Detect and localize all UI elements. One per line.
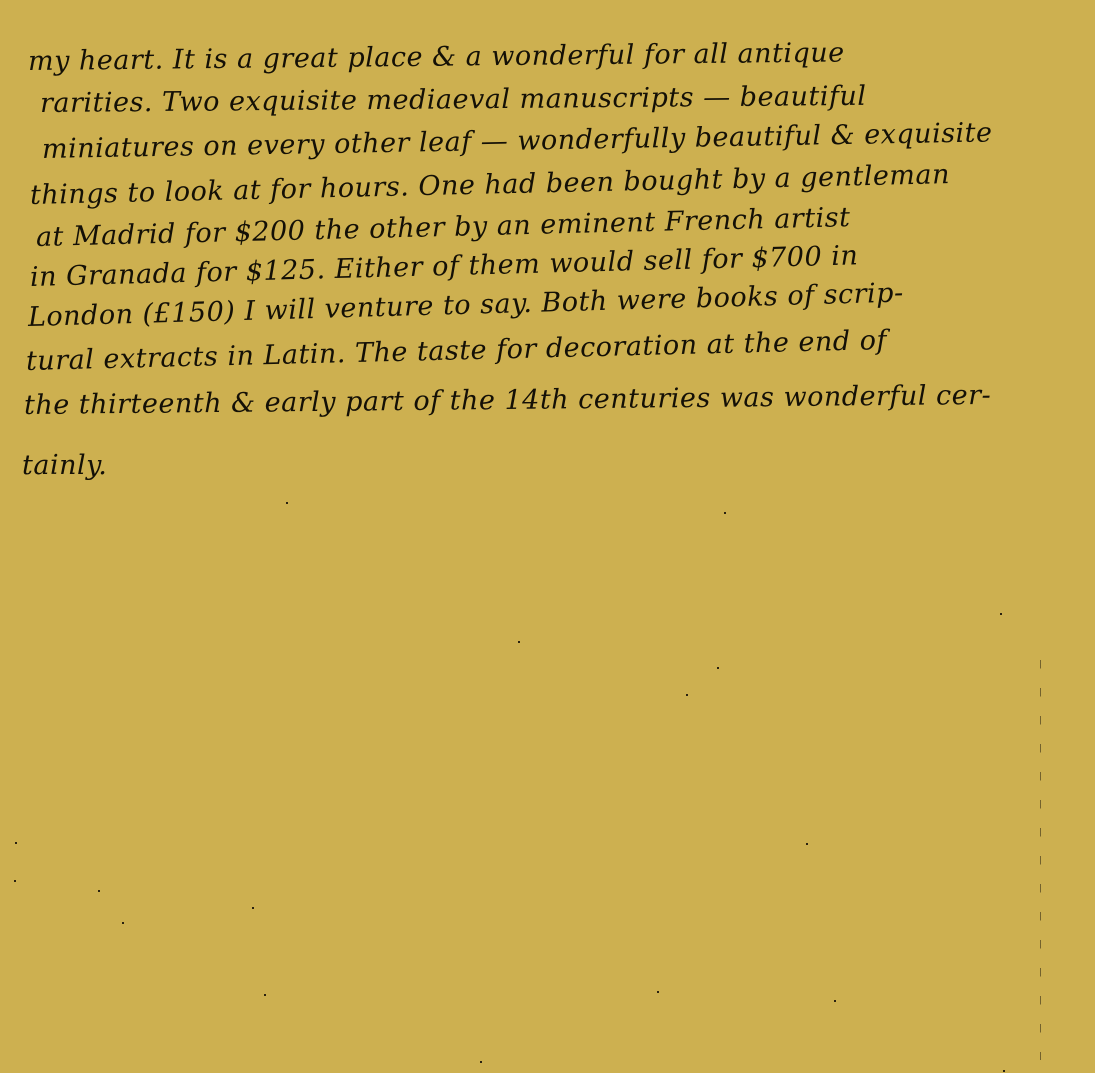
scan-speck xyxy=(806,843,808,845)
scan-speck xyxy=(657,991,659,993)
scan-speck xyxy=(518,641,520,643)
manuscript-line-8: tural extracts in Latin. The taste for d… xyxy=(26,325,888,377)
manuscript-line-1: my heart. It is a great place & a wonder… xyxy=(28,37,845,77)
scan-speck xyxy=(480,1061,482,1063)
scan-speck xyxy=(1000,613,1002,615)
scan-speck xyxy=(122,922,124,924)
scan-speck xyxy=(1003,1070,1005,1072)
scan-speck xyxy=(286,502,288,504)
document-page: my heart. It is a great place & a wonder… xyxy=(0,0,1095,1073)
manuscript-line-9: the thirteenth & early part of the 14th … xyxy=(24,380,991,421)
manuscript-line-3: miniatures on every other leaf — wonderf… xyxy=(42,117,993,165)
scan-speck xyxy=(252,907,254,909)
handwritten-text-block: my heart. It is a great place & a wonder… xyxy=(0,0,1095,520)
scan-edge-artifact xyxy=(1040,660,1041,1060)
scan-speck xyxy=(834,1000,836,1002)
scan-speck xyxy=(724,512,726,514)
scan-speck xyxy=(686,694,688,696)
scan-speck xyxy=(264,994,266,996)
scan-speck xyxy=(98,890,100,892)
manuscript-line-10: tainly. xyxy=(22,450,107,481)
scan-speck xyxy=(717,667,719,669)
scan-speck xyxy=(14,880,16,882)
manuscript-line-2: rarities. Two exquisite mediaeval manusc… xyxy=(40,81,867,119)
scan-speck xyxy=(15,842,17,844)
